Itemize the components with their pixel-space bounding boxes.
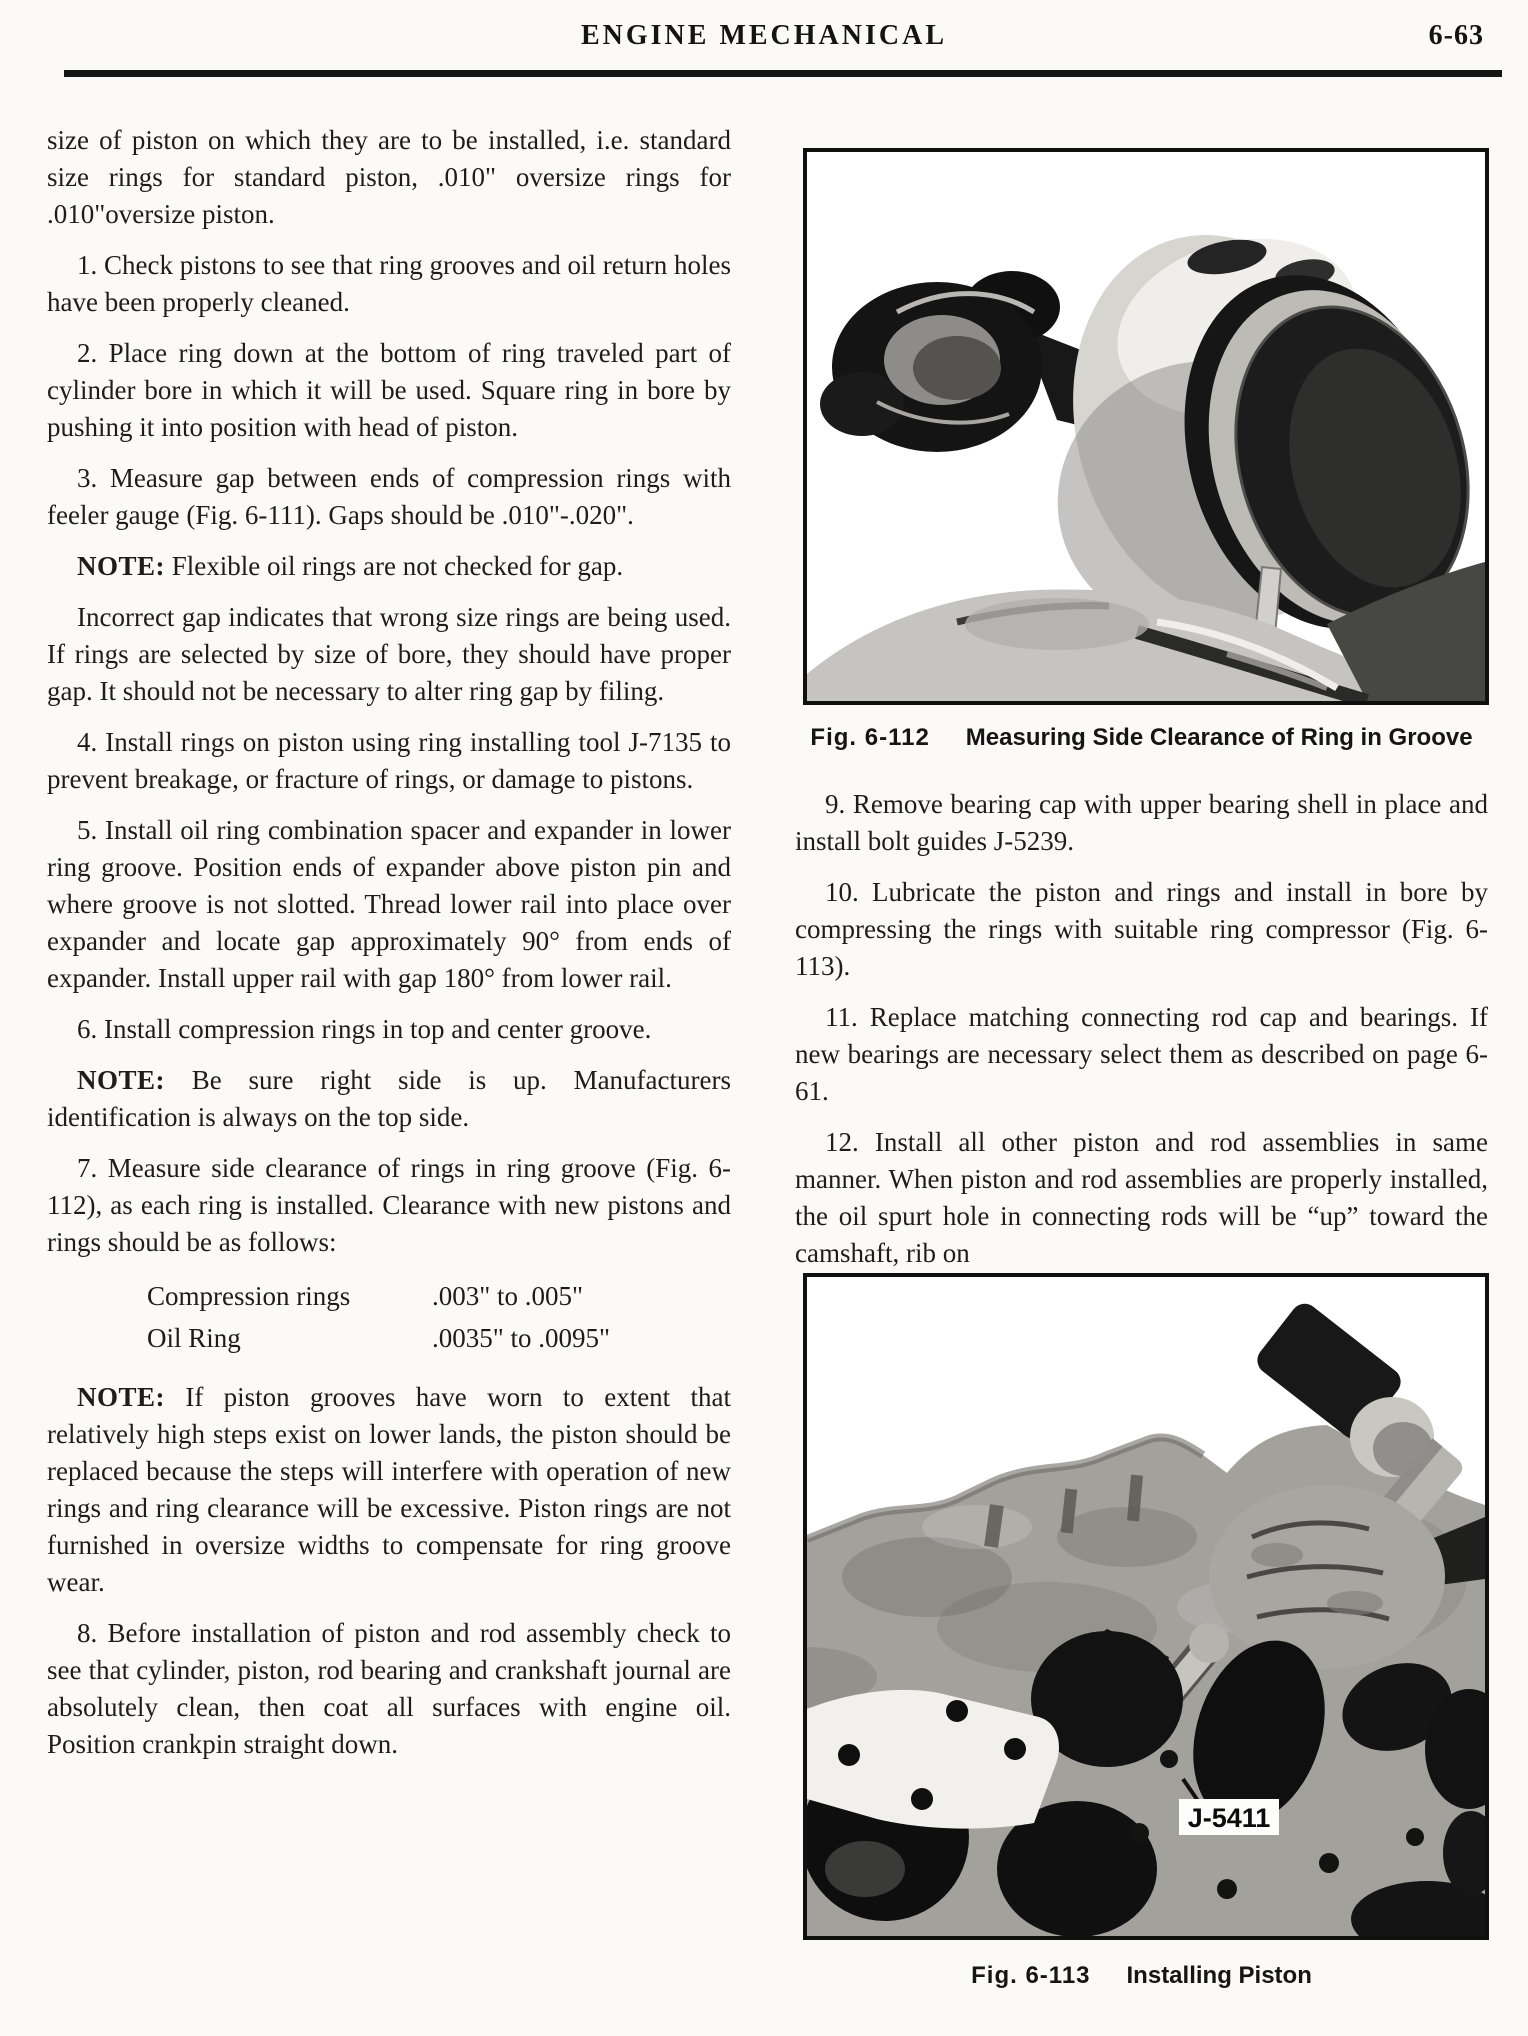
left-column: size of piston on which they are to be i…: [47, 122, 731, 1777]
paragraph: 6. Install compression rings in top and …: [47, 1011, 731, 1048]
figure-6-113-photo: J-5411: [803, 1273, 1489, 1940]
spec-label: Oil Ring: [147, 1317, 432, 1359]
header-divider: [64, 70, 1502, 77]
figure-6-112-caption: Fig. 6-112Measuring Side Clearance of Ri…: [795, 724, 1488, 752]
fig-6-113-illustration: J-5411: [807, 1277, 1485, 1936]
note-paragraph: NOTE: Be sure right side is up. Manufact…: [47, 1062, 731, 1136]
paragraph: 2. Place ring down at the bottom of ring…: [47, 335, 731, 446]
paragraph: 9. Remove bearing cap with upper bearing…: [795, 786, 1488, 860]
right-column: 9. Remove bearing cap with upper bearing…: [795, 786, 1488, 1286]
paragraph-text: 11. Replace matching connecting rod cap …: [795, 1002, 1488, 1106]
spec-label: Compression rings: [147, 1275, 432, 1317]
paragraph-text: size of piston on which they are to be i…: [47, 125, 731, 229]
paragraph-text: Flexible oil rings are not checked for g…: [165, 551, 623, 581]
spec-value: .003" to .005": [432, 1275, 583, 1317]
paragraph-text: 4. Install rings on piston using ring in…: [47, 727, 731, 794]
figure-number: Fig. 6-112: [810, 724, 929, 751]
paragraph: 8. Before installation of piston and rod…: [47, 1615, 731, 1763]
paragraph: 10. Lubricate the piston and rings and i…: [795, 874, 1488, 985]
note-label: NOTE:: [77, 1382, 165, 1412]
paragraph: size of piston on which they are to be i…: [47, 122, 731, 233]
paragraph: Incorrect gap indicates that wrong size …: [47, 599, 731, 710]
paragraph-text: 12. Install all other piston and rod ass…: [795, 1127, 1488, 1268]
note-label: NOTE:: [77, 1065, 165, 1095]
spec-value: .0035" to .0095": [432, 1317, 610, 1359]
paragraph-text: If piston grooves have worn to extent th…: [47, 1382, 731, 1597]
page-number: 6-63: [1429, 20, 1484, 52]
paragraph-text: 3. Measure gap between ends of compressi…: [47, 463, 731, 530]
manual-page: ENGINE MECHANICAL 6-63 size of piston on…: [0, 0, 1528, 2036]
note-label: NOTE:: [77, 551, 165, 581]
figure-6-112-photo: [803, 148, 1489, 705]
paragraph: 3. Measure gap between ends of compressi…: [47, 460, 731, 534]
fig-6-112-illustration: [807, 152, 1485, 701]
paragraph-text: Incorrect gap indicates that wrong size …: [47, 602, 731, 706]
figure-number: Fig. 6-113: [971, 1962, 1090, 1989]
note-paragraph: NOTE: If piston grooves have worn to ext…: [47, 1379, 731, 1601]
figure-title: Measuring Side Clearance of Ring in Groo…: [966, 724, 1473, 751]
tool-label-text: J-5411: [1188, 1803, 1271, 1833]
figure-title: Installing Piston: [1127, 1962, 1312, 1989]
paragraph: 7. Measure side clearance of rings in ri…: [47, 1150, 731, 1261]
paragraph-text: 5. Install oil ring combination spacer a…: [47, 815, 731, 993]
paragraph: 5. Install oil ring combination spacer a…: [47, 812, 731, 997]
table-row: Compression rings .003" to .005": [147, 1275, 731, 1317]
paragraph: 4. Install rings on piston using ring in…: [47, 724, 731, 798]
paragraph: 11. Replace matching connecting rod cap …: [795, 999, 1488, 1110]
paragraph-text: 9. Remove bearing cap with upper bearing…: [795, 789, 1488, 856]
note-paragraph: NOTE: Flexible oil rings are not checked…: [47, 548, 731, 585]
paragraph-text: 6. Install compression rings in top and …: [77, 1014, 651, 1044]
paragraph: 12. Install all other piston and rod ass…: [795, 1124, 1488, 1272]
paragraph-text: 7. Measure side clearance of rings in ri…: [47, 1153, 731, 1257]
paragraph-text: 10. Lubricate the piston and rings and i…: [795, 877, 1488, 981]
paragraph-text: 2. Place ring down at the bottom of ring…: [47, 338, 731, 442]
paragraph-text: 1. Check pistons to see that ring groove…: [47, 250, 731, 317]
page-title: ENGINE MECHANICAL: [0, 20, 1528, 52]
hand-on-handle: [1209, 1485, 1445, 1669]
paragraph: 1. Check pistons to see that ring groove…: [47, 247, 731, 321]
table-row: Oil Ring .0035" to .0095": [147, 1317, 731, 1359]
paragraph-text: 8. Before installation of piston and rod…: [47, 1618, 731, 1759]
clearance-spec-table: Compression rings .003" to .005" Oil Rin…: [47, 1275, 731, 1359]
figure-6-113-caption: Fig. 6-113Installing Piston: [795, 1962, 1488, 1990]
